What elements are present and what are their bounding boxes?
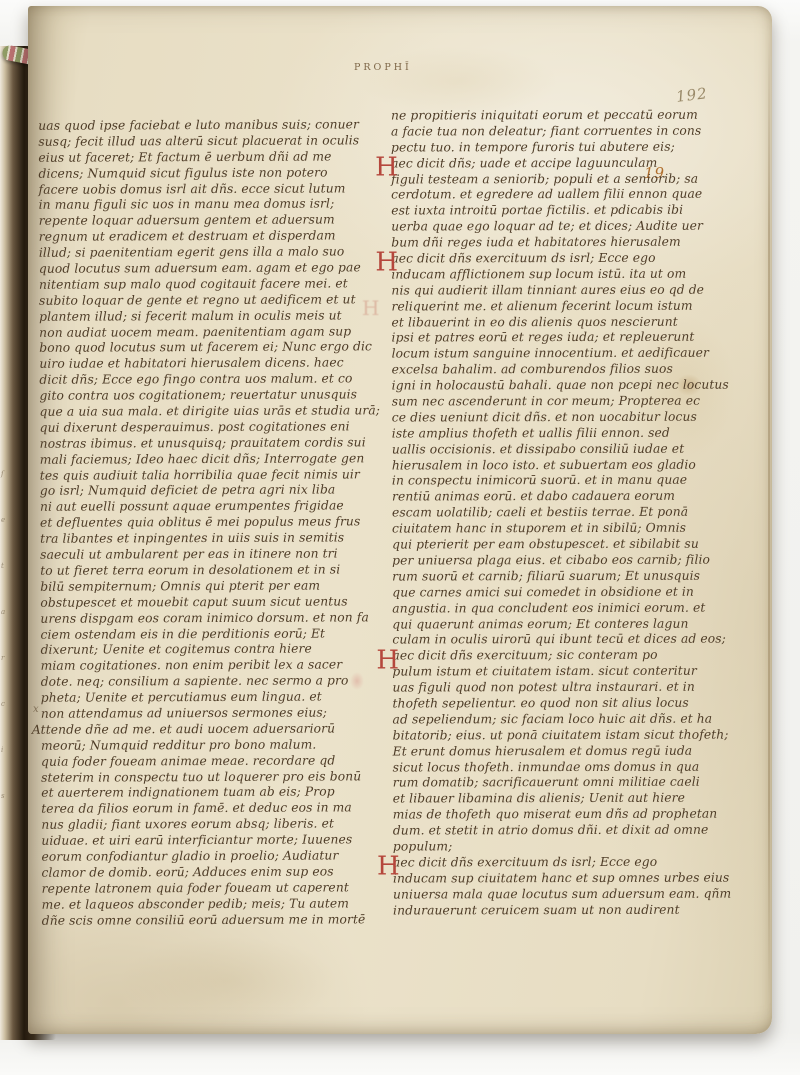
left-text-column: uas quod ipse faciebat e luto manibus su… (38, 117, 390, 929)
right-text-column: ne propitieris iniquitati eorum et pecca… (391, 108, 765, 919)
ghost-letter: i (1, 746, 3, 754)
margin-mark: x (33, 704, 39, 715)
text-line: non attendamus ad uniuersos sermones eiu… (41, 705, 389, 722)
text-line: bum dñi reges iuda et habitatores hierus… (391, 235, 763, 252)
text-line: locum istum sanguine innocentium. et aed… (392, 346, 764, 363)
text-line: qui dixerunt desperauimus. post cogitati… (40, 419, 388, 436)
text-line: meorū; Numquid redditur pro bono malum. (41, 737, 389, 754)
text-line: populum; (393, 838, 765, 855)
text-line: pectu tuo. in tempore furoris tui abuter… (391, 139, 763, 156)
text-line: miam cogitationes. non enim peribit lex … (41, 658, 389, 675)
text-line: go isrl; Numquid deficiet de petra agri … (40, 483, 388, 500)
text-line: ne propitieris iniquitati eorum et pecca… (391, 108, 763, 125)
text-line: et auerterem indignationem tuam ab eis; … (41, 785, 389, 802)
text-line: thofeth sepelientur. eo quod non sit ali… (392, 695, 764, 712)
parchment-page: PROPHĪ 192 19 uas quod ipse faciebat e l… (28, 6, 772, 1034)
rubricated-initial: H (377, 852, 393, 882)
text-line: dote. neq; consilium a sapiente. nec ser… (41, 673, 389, 690)
text-line: rum suorū et carnib; filiarū suarum; Et … (392, 568, 764, 585)
text-line: ad sepeliendum; sic faciam loco huic ait… (393, 711, 765, 728)
text-line: nitentiam sup malo quod cogitauit facere… (39, 276, 387, 293)
text-line: mali faciemus; Ideo haec dicit dñs; Inte… (40, 451, 388, 468)
text-line: nus gladii; fiant uxores eorum absq; lib… (41, 816, 389, 833)
text-line: ciuitatem hanc in stuporem et in sibilū;… (392, 521, 764, 538)
text-line: eorum confodiantur gladio in proelio; Au… (41, 848, 389, 865)
text-line: sicut locus thofeth. inmundae oms domus … (393, 759, 765, 776)
text-line: et libauer libamina dis alienis; Uenit a… (393, 791, 765, 808)
text-line: clamor de domib. eorū; Adduces enim sup … (41, 864, 389, 881)
ghost-letter: ſ (1, 470, 4, 478)
text-line: angustia. in qua concludent eos inimici … (392, 600, 764, 617)
text-line: steterim in conspectu tuo ut loquerer pr… (41, 769, 389, 786)
text-line: ni aut euelli possunt aquae erumpentes f… (40, 499, 388, 516)
text-line: susq; fecit illud uas alterū sicut placu… (38, 133, 386, 150)
rubricated-initial: H (376, 645, 392, 675)
text-line: hierusalem in loco isto. et subuertam eo… (392, 457, 764, 474)
page-edge (768, 36, 770, 996)
text-line: uallis occisionis. et dissipabo consiliū… (392, 441, 764, 458)
rubricated-initial: H (375, 152, 391, 182)
text-line: pulum istum et ciuitatem istam. sicut co… (392, 664, 764, 681)
text-line: per uniuersa plaga eius. et cibabo eos c… (392, 552, 764, 569)
ghost-letter: c (1, 700, 5, 708)
text-line: obstupescet et mouebit caput suum sicut … (40, 594, 388, 611)
text-line: uiduae. et uiri earū interficiantur mort… (41, 832, 389, 849)
text-line: eius ut faceret; Et factum ē uerbum dñi … (38, 149, 386, 166)
text-line: nis qui audierit illam tinniant aures ei… (391, 282, 763, 299)
text-line: non audiat uocem meam. paenitentiam agam… (39, 324, 387, 341)
text-line: Attende dñe ad me. et audi uocem aduersa… (32, 721, 389, 738)
text-line: uniuersa mala quae locutus sum aduersum … (393, 886, 765, 903)
ghost-letter: e (1, 516, 5, 524)
text-line: ipsi et patres eorū et reges iuda; et re… (392, 330, 764, 347)
text-line: illud; si paenitentiam egerit gens illa … (39, 244, 387, 261)
text-line: saeculi ut ambularent per eas in itinere… (40, 546, 388, 563)
text-line: igni in holocaustū bahali. quae non pcep… (392, 378, 764, 395)
text-line: tes quis audiuit talia horribilia quae f… (40, 467, 388, 484)
text-line: repente latronem quia foder foueam ut ca… (42, 880, 390, 897)
text-line: dum. et stetit in atrio domus dñi. et di… (393, 823, 765, 840)
text-line: in conspectu inimicorū suorū. et in manu… (392, 473, 764, 490)
text-line: inducam afflictionem sup locum istū. ita… (391, 266, 763, 283)
text-line: quod locutus sum aduersum eam. agam et e… (39, 260, 387, 277)
folio-number: 192 (675, 84, 709, 106)
rubricated-initial: H (375, 248, 391, 278)
text-line: uiro iudae et habitatori hierusalem dice… (39, 356, 387, 373)
running-header: PROPHĪ (354, 62, 412, 73)
parchment-stain (358, 46, 558, 116)
text-line: indurauerunt ceruicem suam ut non audire… (393, 902, 765, 919)
text-line: et defluentes quia oblitus ē mei populus… (40, 515, 388, 532)
text-line: urens dispgam eos coram inimico dorsum. … (40, 610, 388, 627)
text-line: bitatorib; eius. ut ponā ciuitatem istam… (393, 727, 765, 744)
parchment-stain (118, 936, 338, 1026)
text-line: tra libantes et inpingentes in uiis suis… (40, 530, 388, 547)
ghost-letter: t (1, 562, 4, 570)
ghost-letter: a (1, 608, 5, 616)
text-line: facere uobis domus isrl ait dñs. ecce si… (39, 181, 387, 198)
text-line: aec dicit dñs exercituum ds isrl; Ecce e… (393, 854, 765, 871)
text-line: in manu figuli sic uos in manu mea domus… (39, 197, 387, 214)
text-line: regnum ut eradicem et destruam et disper… (39, 228, 387, 245)
text-line: Et erunt domus hierusalem et domus regū … (393, 743, 765, 760)
text-line: to ut fieret terra eorum in desolationem… (40, 562, 388, 579)
text-line: que a uia sua mala. et dirigite uias urā… (39, 403, 387, 420)
text-line: aec dicit dñs; uade et accipe laguuncula… (391, 155, 763, 172)
text-line: bono quod locutus sum ut facerem ei; Nun… (39, 340, 387, 357)
text-line: ce dies ueniunt dicit dñs. et non uocabi… (392, 409, 764, 426)
text-line: que carnes amici sui comedet in obsidion… (392, 584, 764, 601)
text-line: uas quod ipse faciebat e luto manibus su… (38, 117, 386, 134)
facing-page-ghost-text: ſetarcis (0, 470, 10, 850)
text-line: et libauerint in eo dis alienis quos nes… (391, 314, 763, 331)
text-line: aec dicit dñs exercituum ds isrl; Ecce e… (391, 251, 763, 268)
text-line: qui quaerunt animas eorum; Et conteres l… (392, 616, 764, 633)
manuscript-photo: ſetarcis PROPHĪ 192 19 uas quod ipse fac… (0, 0, 800, 1075)
text-line: qui pterierit per eam obstupescet. et si… (392, 537, 764, 554)
text-line: figuli testeam a seniorib; populi et a s… (391, 171, 763, 188)
text-line: inducam sup ciuitatem hanc et sup omnes … (393, 870, 765, 887)
text-line: culam in oculis uirorū qui ibunt tecū et… (392, 632, 764, 649)
text-line: me. et laqueos absconder pedib; meis; Tu… (42, 896, 390, 913)
text-line: nostras ibimus. et unusquisq; prauitatem… (40, 435, 388, 452)
text-line: aec dicit dñs exercituum; sic conteram p… (392, 648, 764, 665)
text-line: terea da filios eorum in famē. et deduc … (41, 801, 389, 818)
text-line: uas figuli quod non potest ultra instaur… (392, 680, 764, 697)
text-line: bilū sempiternum; Omnis qui pterit per e… (40, 578, 388, 595)
text-line: rum domatib; sacrificauerunt omni militi… (393, 775, 765, 792)
text-line: dicens; Numquid sicut figulus iste non p… (38, 165, 386, 182)
text-line: plantem illud; si fecerit malum in oculi… (39, 308, 387, 325)
ghost-letter: r (1, 654, 4, 662)
text-line: reliquerint me. et alienum fecerint locu… (391, 298, 763, 315)
text-line: rentiū animas eorū. et dabo cadauera eor… (392, 489, 764, 506)
text-line: uerba quae ego loquar ad te; et dices; A… (391, 219, 763, 236)
text-line: iste amplius thofeth et uallis filii enn… (392, 425, 764, 442)
text-line: a facie tua non deleatur; fiant corruent… (391, 123, 763, 140)
text-line: quia foder foueam animae meae. recordare… (41, 753, 389, 770)
text-line: repente loquar aduersum gentem et aduers… (39, 213, 387, 230)
text-line: escam uolatilib; caeli et bestiis terrae… (392, 505, 764, 522)
text-line: cerdotum. et egredere ad uallem filii en… (391, 187, 763, 204)
text-line: subito loquar de gente et regno ut aedif… (39, 292, 387, 309)
text-line: dñe scis omne consiliū eorū aduersum me … (42, 912, 390, 929)
text-line: ciem ostendam eis in die perditionis eor… (40, 626, 388, 643)
text-line: gito contra uos cogitationem; reuertatur… (39, 387, 387, 404)
text-line: excelsa bahalim. ad comburendos filios s… (392, 362, 764, 379)
text-line: mias de thofeth quo miserat eum dñs ad p… (393, 807, 765, 824)
text-line: dicit dñs; Ecce ego fingo contra uos mal… (39, 371, 387, 388)
text-line: sum nec ascenderunt in cor meum; Propter… (392, 394, 764, 411)
text-line: est iuxta introitū portae fictilis. et p… (391, 203, 763, 220)
text-line: dixerunt; Uenite et cogitemus contra hie… (41, 642, 389, 659)
text-line: pheta; Uenite et percutiamus eum lingua.… (41, 689, 389, 706)
ghost-letter: s (1, 792, 5, 800)
